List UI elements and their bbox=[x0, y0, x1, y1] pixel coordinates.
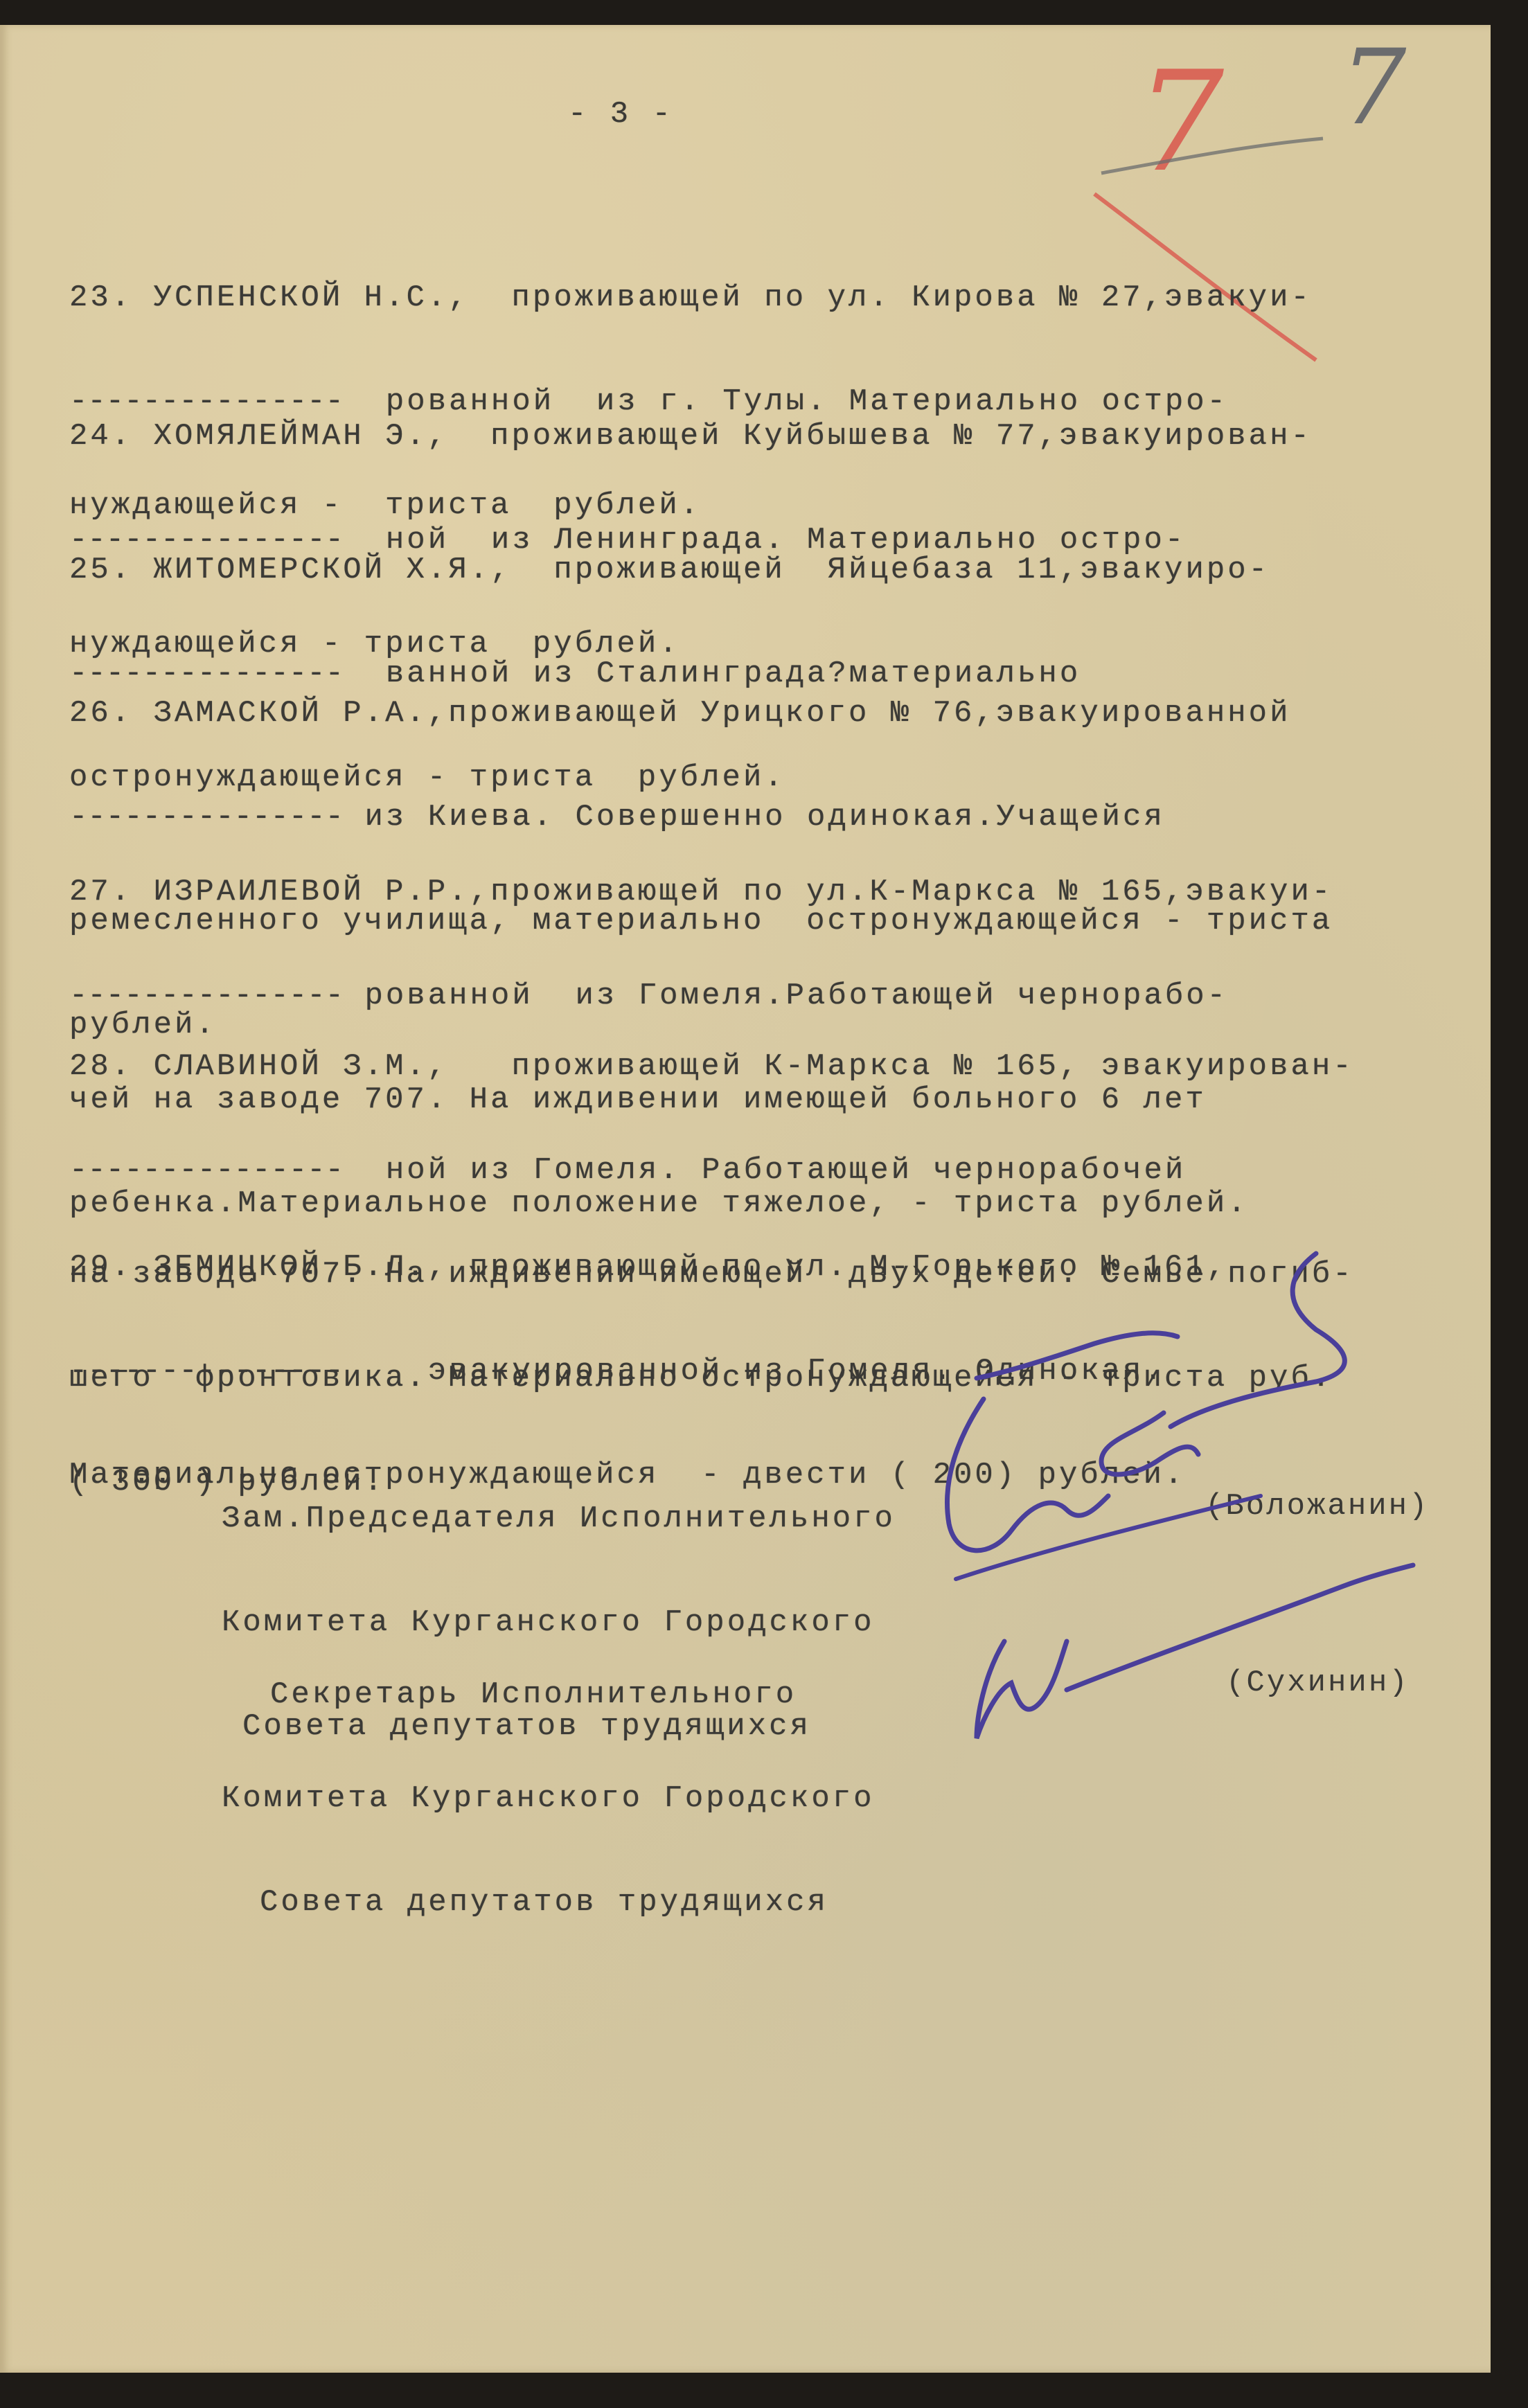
item-number: 24. bbox=[69, 419, 132, 454]
item-text-line: проживающей К-Маркса № 165, эвакуирован- bbox=[512, 1049, 1354, 1084]
item-text-line: проживающей Урицкого № 76,эвакуированной bbox=[448, 696, 1290, 731]
item-name: ИЗРАИЛЕВОЙ Р.Р., bbox=[154, 875, 490, 909]
item-name: ЖИТОМЕРСКОЙ Х.Я., bbox=[154, 553, 512, 587]
item-text-line: проживающей по ул. Кирова № 27,эвакуи- bbox=[512, 280, 1312, 315]
item-number: 29. bbox=[69, 1250, 132, 1285]
item-text-line: проживающей Куйбышева № 77,эвакуирован- bbox=[490, 419, 1312, 454]
item-name: ЗЕМИЦКОЙ Б.Л., bbox=[154, 1250, 449, 1285]
item-name: УСПЕНСКОЙ Н.С., bbox=[154, 280, 470, 315]
item-number: 27. bbox=[69, 875, 132, 909]
item-name: СЛАВИНОЙ З.М., bbox=[154, 1049, 449, 1084]
signature-block-secretary: Секретарь Исполнительного Комитета Курга… bbox=[222, 1608, 875, 1954]
item-number: 26. bbox=[69, 696, 132, 731]
item-text-line: проживающей по ул.К-Маркса № 165,эвакуи- bbox=[490, 875, 1333, 909]
signatory-title-line: Секретарь Исполнительного bbox=[222, 1677, 875, 1712]
item-name: ЗАМАСКОЙ Р.А., bbox=[154, 696, 449, 731]
signatory-title-line: Комитета Курганского Городского bbox=[222, 1781, 875, 1816]
signatory-title-line: Совета депутатов трудящихся bbox=[222, 1885, 875, 1920]
item-name: ХОМЯЛЕЙМАН Э., bbox=[154, 419, 449, 454]
item-number: 28. bbox=[69, 1049, 132, 1084]
item-text-line: проживающей Яйцебаза 11,эвакуиро- bbox=[553, 553, 1270, 587]
page-number: - 3 - bbox=[568, 97, 673, 132]
item-number: 23. bbox=[69, 280, 132, 315]
item-number: 25. bbox=[69, 553, 132, 587]
pencil-page-number: 7 bbox=[1340, 28, 1406, 148]
handwritten-signature-sukhinin bbox=[956, 1551, 1427, 1759]
signatory-title-line: Зам.Председателя Исполнительного bbox=[222, 1501, 896, 1536]
name-underline: --------------- bbox=[69, 1354, 344, 1389]
